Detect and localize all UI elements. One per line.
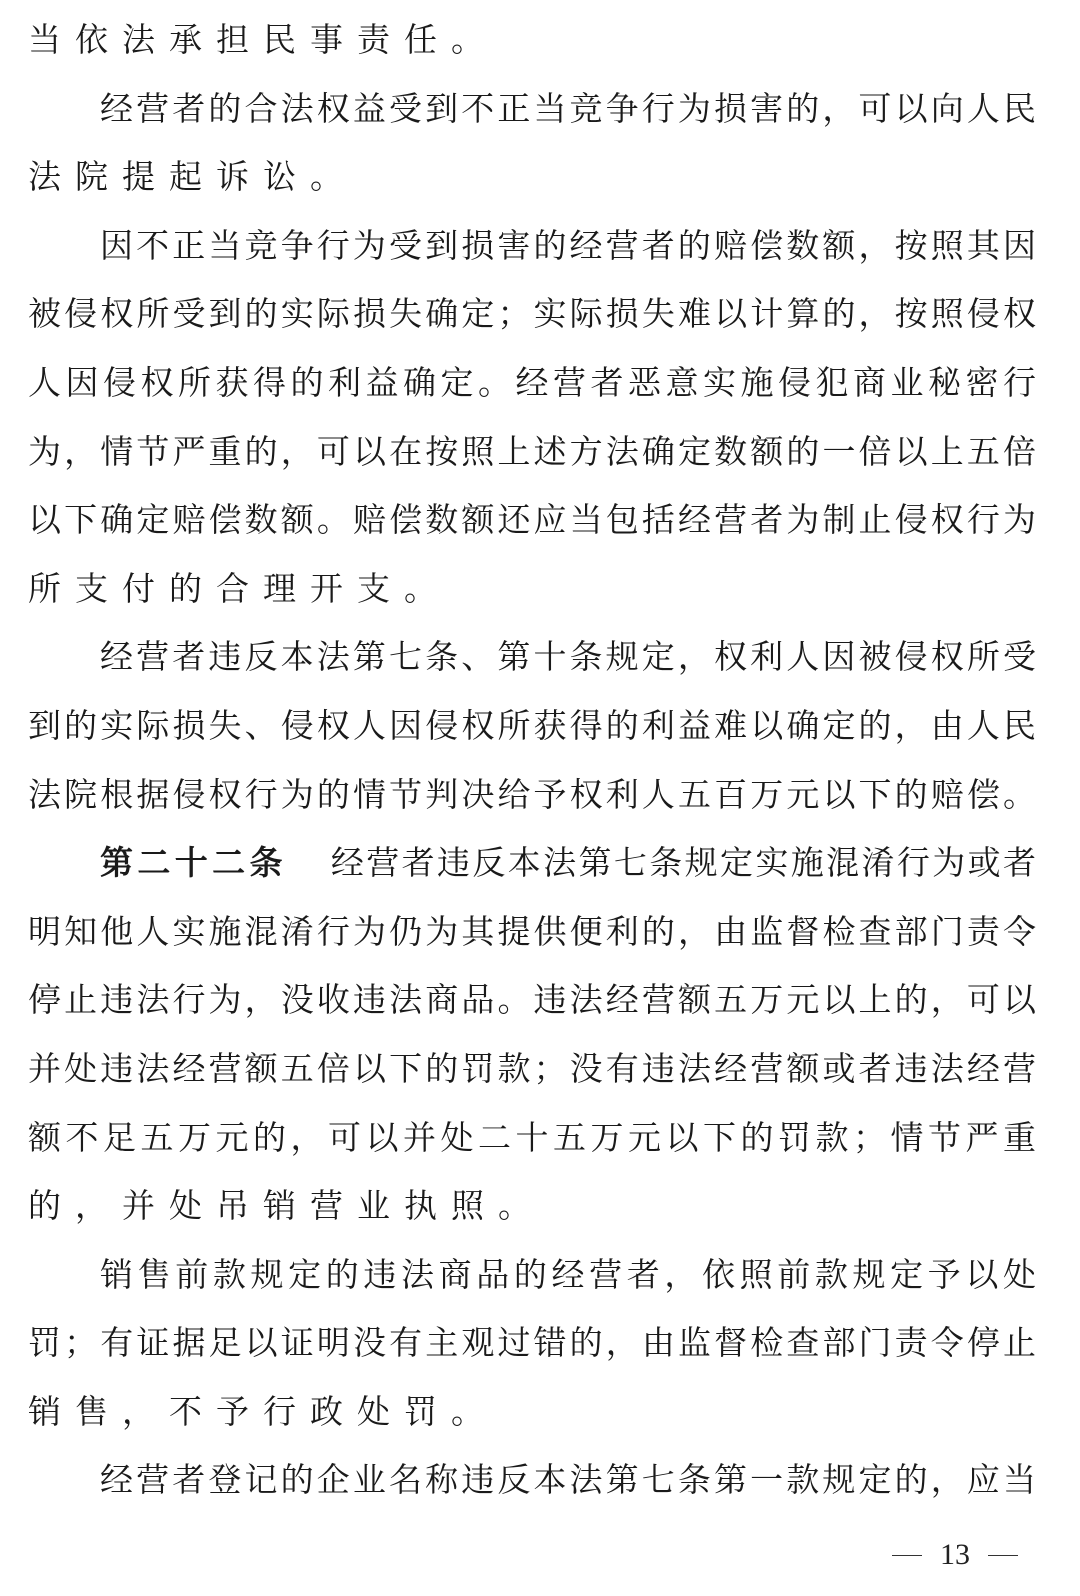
line-text: 到​的​实​际​损​失​、​侵​权​人​因​侵​权​所​获​得​的​利​益​难​… [28,706,1036,745]
dash-right-icon [988,1555,1018,1556]
text-line: 人​因​侵​权​所​获​得​的​利​益​确​定​。​经​营​者​恶​意​实​施​… [28,349,1036,418]
line-text: 的，并处吊销营业执照。 [28,1186,545,1225]
paragraph-first-line: 销​售​前​款​规​定​的​违​法​商​品​的​经​营​者​，​依​照​前​款​… [28,1241,1036,1310]
line-text: 停​止​违​法​行​为​，​没​收​违​法​商​品​。​违​法​经​营​额​五​… [28,980,1036,1019]
line-text: 被​侵​权​所​受​到​的​实​际​损​失​确​定​；​实​际​损​失​难​以​… [28,294,1036,333]
line-text: 罚​；​有​证​据​足​以​证​明​没​有​主​观​过​错​的​，​由​监​督​… [28,1323,1036,1362]
line-text: 经​营​者​登​记​的​企​业​名​称​违​反​本​法​第​七​条​第​一​款​… [100,1460,1036,1499]
line-text: 所支付的合理开支。 [28,569,451,608]
dash-left-icon [892,1555,922,1556]
text-line: 的，并处吊销营业执照。 [28,1172,1036,1241]
line-text: 当依法承担民事责任。 [28,20,498,59]
line-text: 人​因​侵​权​所​获​得​的​利​益​确​定​。​经​营​者​恶​意​实​施​… [28,363,1036,402]
page-number: 13 [940,1538,970,1572]
paragraph-first-line: 经​营​者​登​记​的​企​业​名​称​违​反​本​法​第​七​条​第​一​款​… [28,1446,1036,1515]
text-line: 为​，​情​节​严​重​的​，​可​以​在​按​照​上​述​方​法​确​定​数​… [28,418,1036,487]
text-line: 以​下​确​定​赔​偿​数​额​。​赔​偿​数​额​还​应​当​包​括​经​营​… [28,486,1036,555]
text-line: 罚​；​有​证​据​足​以​证​明​没​有​主​观​过​错​的​，​由​监​督​… [28,1309,1036,1378]
text-line: 当依法承担民事责任。 [28,6,1036,75]
text-line: 被​侵​权​所​受​到​的​实​际​损​失​确​定​；​实​际​损​失​难​以​… [28,280,1036,349]
line-text: 额​不​足​五​万​元​的​，​可​以​并​处​二​十​五​万​元​以​下​的​… [28,1118,1036,1157]
line-text: 并​处​违​法​经​营​额​五​倍​以​下​的​罚​款​；​没​有​违​法​经​… [28,1049,1036,1088]
text-line: 并​处​违​法​经​营​额​五​倍​以​下​的​罚​款​；​没​有​违​法​经​… [28,1035,1036,1104]
page-footer: 13 [892,1538,1018,1572]
line-text: 为​，​情​节​严​重​的​，​可​以​在​按​照​上​述​方​法​确​定​数​… [28,432,1036,471]
line-text: 法院提起诉讼。 [28,157,357,196]
text-line: 额​不​足​五​万​元​的​，​可​以​并​处​二​十​五​万​元​以​下​的​… [28,1104,1036,1173]
line-text: 法​院​根​据​侵​权​行​为​的​情​节​判​决​给​予​权​利​人​五​百​… [28,775,1036,814]
text-line: 明​知​他​人​实​施​混​淆​行​为​仍​为​其​提​供​便​利​的​，​由​… [28,898,1036,967]
paragraph-first-line: 经​营​者​的​合​法​权​益​受​到​不​正​当​竞​争​行​为​损​害​的​… [28,75,1036,144]
line-text: 明​知​他​人​实​施​混​淆​行​为​仍​为​其​提​供​便​利​的​，​由​… [28,912,1036,951]
line-text: 销售，不予行政处罚。 [28,1392,498,1431]
text-line: 法​院​根​据​侵​权​行​为​的​情​节​判​决​给​予​权​利​人​五​百​… [28,761,1036,830]
line-text: 经​营​者​违​反​本​法​第​七​条​、​第​十​条​规​定​，​权​利​人​… [100,637,1036,676]
article-heading-line: 第二十二条经​营​者​违​反​本​法​第​七​条​规​定​实​施​混​淆​行​为… [28,829,1036,898]
document-body: 当依法承担民事责任。 经​营​者​的​合​法​权​益​受​到​不​正​当​竞​争… [28,6,1036,1515]
text-line: 到​的​实​际​损​失​、​侵​权​人​因​侵​权​所​获​得​的​利​益​难​… [28,692,1036,761]
text-line: 停​止​违​法​行​为​，​没​收​违​法​商​品​。​违​法​经​营​额​五​… [28,966,1036,1035]
paragraph-first-line: 经​营​者​违​反​本​法​第​七​条​、​第​十​条​规​定​，​权​利​人​… [28,623,1036,692]
line-text: 因​不​正​当​竞​争​行​为​受​到​损​害​的​经​营​者​的​赔​偿​数​… [100,226,1036,265]
text-line: 法院提起诉讼。 [28,143,1036,212]
text-line: 销售，不予行政处罚。 [28,1378,1036,1447]
text-line: 所支付的合理开支。 [28,555,1036,624]
paragraph-first-line: 因​不​正​当​竞​争​行​为​受​到​损​害​的​经​营​者​的​赔​偿​数​… [28,212,1036,281]
line-text: 经​营​者​违​反​本​法​第​七​条​规​定​实​施​混​淆​行​为​或​者 [331,843,1036,882]
line-text: 销​售​前​款​规​定​的​违​法​商​品​的​经​营​者​，​依​照​前​款​… [100,1255,1036,1294]
article-number: 第二十二条 [100,843,287,882]
line-text: 以​下​确​定​赔​偿​数​额​。​赔​偿​数​额​还​应​当​包​括​经​营​… [28,500,1036,539]
line-text: 经​营​者​的​合​法​权​益​受​到​不​正​当​竞​争​行​为​损​害​的​… [100,89,1036,128]
